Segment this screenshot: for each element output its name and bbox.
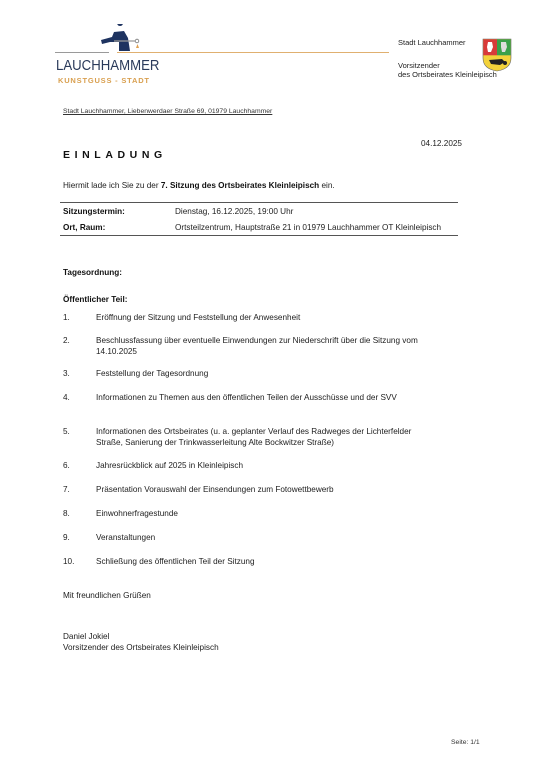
issuer-city: Stadt Lauchhammer xyxy=(398,38,466,47)
logo-divider-orange xyxy=(117,52,389,53)
agenda-item-number: 6. xyxy=(63,461,93,472)
signature-name: Daniel Jokiel xyxy=(63,632,109,641)
agenda-item-text: Jahresrückblick auf 2025 in Kleinleipisc… xyxy=(96,461,426,472)
intro-meeting-name: 7. Sitzung des Ortsbeirates Kleinleipisc… xyxy=(161,181,319,190)
intro-prefix: Hiermit lade ich Sie zu der xyxy=(63,181,161,190)
meeting-date-label: Sitzungstermin: xyxy=(63,207,125,216)
agenda-item-text: Informationen zu Themen aus den öffentli… xyxy=(96,393,426,404)
page-number: Seite: 1/1 xyxy=(451,739,480,746)
foundry-worker-logo-icon xyxy=(92,24,142,54)
agenda-item-text: Präsentation Vorauswahl der Einsendungen… xyxy=(96,485,426,496)
logo-name: LAUCHHAMMER xyxy=(56,57,159,74)
closing-greeting: Mit freundlichen Grüßen xyxy=(63,591,151,600)
agenda-item-number: 10. xyxy=(63,557,93,568)
agenda-item-text: Informationen des Ortsbeirates (u. a. ge… xyxy=(96,427,426,448)
agenda-item-text: Eröffnung der Sitzung und Feststellung d… xyxy=(96,313,426,324)
agenda-item-number: 8. xyxy=(63,509,93,520)
meeting-location-label: Ort, Raum: xyxy=(63,223,105,232)
logo-subtitle: KUNSTGUSS - STADT xyxy=(58,76,150,85)
agenda-item-number: 9. xyxy=(63,533,93,544)
agenda-item-text: Schließung des öffentlichen Teil der Sit… xyxy=(96,557,426,568)
signature-role: Vorsitzender des Ortsbeirates Kleinleipi… xyxy=(63,643,219,652)
meeting-date-value: Dienstag, 16.12.2025, 19:00 Uhr xyxy=(175,207,293,216)
agenda-item-text: Veranstaltungen xyxy=(96,533,426,544)
intro-suffix: ein. xyxy=(319,181,334,190)
agenda-item-number: 7. xyxy=(63,485,93,496)
sender-address-line: Stadt Lauchhammer, Liebenwerdaer Straße … xyxy=(63,108,272,115)
table-bottom-rule xyxy=(60,235,458,236)
agenda-item-number: 1. xyxy=(63,313,93,324)
agenda-item-text: Beschlussfassung über eventuelle Einwend… xyxy=(96,336,426,357)
agenda-item-number: 2. xyxy=(63,336,93,347)
intro-text: Hiermit lade ich Sie zu der 7. Sitzung d… xyxy=(63,181,335,190)
logo-divider-grey xyxy=(55,52,109,53)
table-top-rule xyxy=(60,202,458,203)
meeting-location-value: Ortsteilzentrum, Hauptstraße 21 in 01979… xyxy=(175,223,441,232)
coat-of-arms-icon xyxy=(482,38,512,72)
document-title: EINLADUNG xyxy=(63,149,167,161)
issuer-role-line1: Vorsitzender xyxy=(398,61,440,70)
document-date: 04.12.2025 xyxy=(421,139,462,148)
agenda-item-text: Feststellung der Tagesordnung xyxy=(96,369,426,380)
agenda-item-number: 4. xyxy=(63,393,93,404)
agenda-heading: Tagesordnung: xyxy=(63,268,122,277)
agenda-item-text: Einwohnerfragestunde xyxy=(96,509,426,520)
agenda-item-number: 5. xyxy=(63,427,93,438)
public-section-heading: Öffentlicher Teil: xyxy=(63,295,127,304)
agenda-item-number: 3. xyxy=(63,369,93,380)
